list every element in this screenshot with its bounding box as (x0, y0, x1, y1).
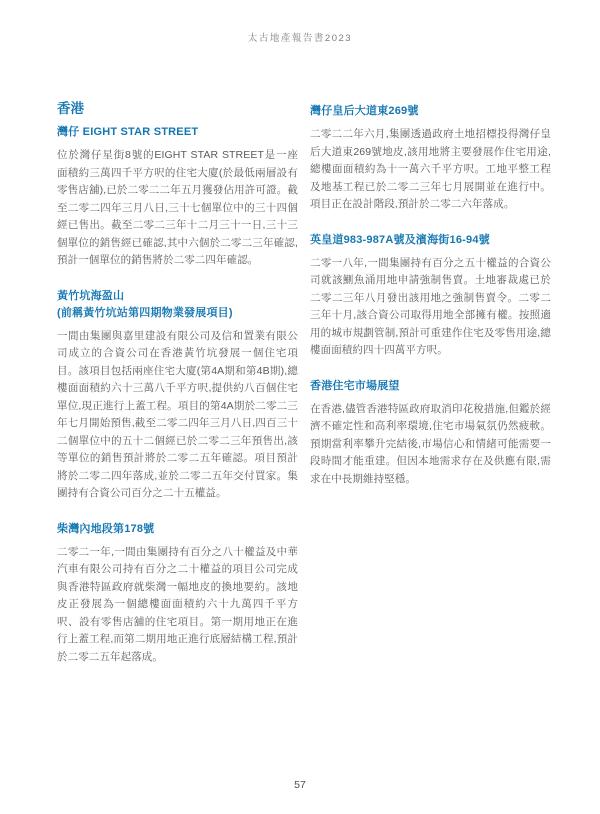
paragraph-la-montagne: 一間由集團與嘉里建設有限公司及信和置業有限公司成立的合資公司在香港黃竹坑發展一個… (57, 328, 298, 503)
section-title-kings-road-983: 英皇道983-987A號及濱海街16-94號 (310, 232, 551, 249)
two-column-layout: 香港 灣仔 EIGHT STAR STREET 位於灣仔星街8號的EIGHT S… (57, 101, 551, 676)
report-page: 太古地產報告書2023 香港 灣仔 EIGHT STAR STREET 位於灣仔… (0, 0, 600, 814)
right-column: 灣仔皇后大道東269號 二零二二年六月,集團透過政府土地招標投得灣仔皇后大道東2… (310, 101, 551, 676)
section-title-la-montagne: 黃竹坑海盈山 (57, 288, 298, 305)
paragraph-kings-road-983: 二零一八年,一間集團持有百分之五十權益的合資公司就該鰂魚涌用地申請強制售賣。土地… (310, 255, 551, 360)
region-title-hong-kong: 香港 (57, 101, 298, 117)
section-title-hk-residential-outlook: 香港住宅市場展望 (310, 378, 551, 395)
section-title-queens-road-east-269: 灣仔皇后大道東269號 (310, 103, 551, 120)
page-number: 57 (0, 779, 600, 791)
paragraph-queens-road-east-269: 二零二二年六月,集團透過政府土地招標投得灣仔皇后大道東269號地皮,該用地將主要… (310, 126, 551, 214)
paragraph-chai-wan-lot-178: 二零二一年,一間由集團持有百分之八十權益及中華汽車有限公司持有百分之二十權益的項… (57, 544, 298, 667)
paragraph-eight-star-street: 位於灣仔星街8號的EIGHT STAR STREET是一座面積約三萬四千平方呎的… (57, 147, 298, 270)
section-title-eight-star-street: 灣仔 EIGHT STAR STREET (57, 124, 298, 141)
section-title-chai-wan-lot-178: 柴灣內地段第178號 (57, 521, 298, 538)
left-column: 香港 灣仔 EIGHT STAR STREET 位於灣仔星街8號的EIGHT S… (57, 101, 298, 676)
paragraph-hk-residential-outlook: 在香港,儘管香港特區政府取消印花稅措施,但鑑於經濟不確定性和高利率環境,住宅市場… (310, 401, 551, 489)
document-header-title: 太古地產報告書2023 (0, 30, 600, 44)
section-subtitle-la-montagne: (前稱黃竹坑站第四期物業發展項目) (57, 305, 298, 322)
